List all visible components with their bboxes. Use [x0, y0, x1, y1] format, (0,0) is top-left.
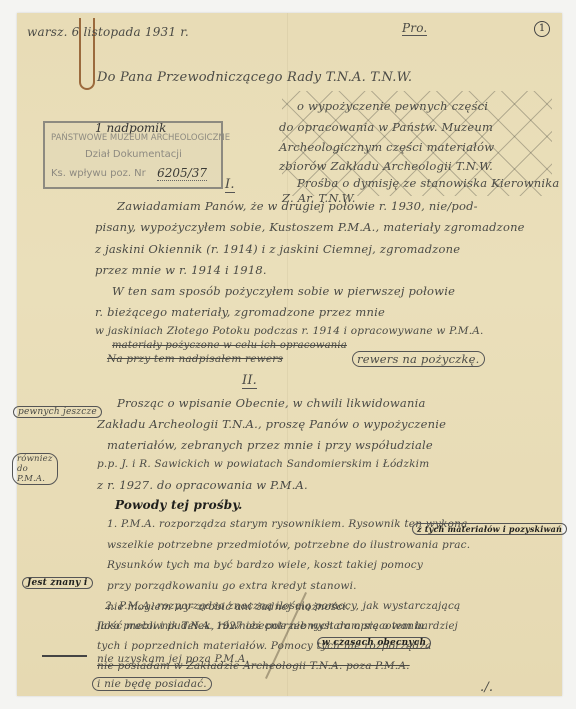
- top-mark: Pro.: [402, 21, 427, 36]
- subject-line: o wypożyczenie pewnych części: [297, 99, 488, 113]
- date-line: warsz. 6 listopada 1931 r.: [27, 25, 189, 39]
- body-line: z r. 1927. do opracowania w P.M.A.: [97, 478, 308, 492]
- body-line: 2. P.M.A. rozporządza znaczną ilością po…: [105, 600, 461, 612]
- body-line: Zawiadamiam Panów, że w drugiej połowie …: [117, 199, 478, 213]
- body-line: przy porządkowaniu go extra kredyt stano…: [107, 580, 357, 592]
- stamp-institution: PAŃSTWOWE MUZEUM ARCHEOLOGICZNE: [51, 133, 230, 143]
- body-line: w jaskiniach Złotego Potoku podczas r. 1…: [95, 325, 484, 337]
- reasons-heading: Powody tej prośby.: [115, 498, 243, 512]
- addressee: Do Pana Przewodniczącego Rady T.N.A. T.N…: [97, 70, 412, 85]
- subject-line: zbiorów Zakładu Archeologii T.N.W.: [279, 159, 493, 173]
- body-line: przez mnie w r. 1914 i 1918.: [95, 263, 267, 277]
- margin-dash: [42, 655, 87, 657]
- margin-note: pewnych jeszcze: [13, 406, 102, 418]
- body-line: ilość mebli i pudełek, również potrzebny…: [97, 620, 424, 632]
- body-line: p.p. J. i R. Sawickich w powiatach Sando…: [97, 458, 429, 470]
- subject-line: Archeologicznym części materiałów: [279, 140, 494, 154]
- stamp-entry-number: 6205/37: [157, 166, 207, 181]
- document-page: warsz. 6 listopada 1931 r. Pro. 1 Do Pan…: [17, 13, 562, 696]
- margin-note: Jest znany i: [22, 577, 93, 589]
- body-line-struck: nie posiadam w Zakładzie Archeologii T.N…: [97, 660, 410, 672]
- stamp-entry-label: Ks. wpływu poz. Nr: [51, 168, 146, 179]
- body-line: W ten sam sposób pożyczyłem sobie w pier…: [112, 284, 455, 298]
- section-1-heading: I.: [225, 177, 235, 193]
- body-line: r. bieżącego materiały, zgromadzone prze…: [95, 305, 385, 319]
- circled-insert: rewers na pożyczkę.: [352, 351, 485, 367]
- body-line: Zakładu Archeologii T.N.A., proszę Panów…: [97, 417, 446, 431]
- body-line: Rysunków tych ma być bardzo wiele, koszt…: [107, 559, 423, 571]
- body-line: materiałów, zebranych przez mnie i przy …: [107, 438, 433, 452]
- body-line-struck: materiały pożyczone w celu ich opracowan…: [112, 340, 347, 351]
- stamp-department: Dział Dokumentacji: [85, 149, 182, 160]
- archive-stamp: 1 nadpomik PAŃSTWOWE MUZEUM ARCHEOLOGICZ…: [43, 121, 223, 189]
- end-mark: ./.: [480, 680, 493, 695]
- subject-line: do opracowania w Państw. Muzeum: [279, 120, 493, 134]
- body-line: wszelkie potrzebne przedmiotów, potrzebn…: [107, 539, 470, 551]
- page-number: 1: [534, 21, 550, 37]
- body-line-struck: Na przy tem nadpisałem rewers: [107, 353, 283, 365]
- body-line: z jaskini Okiennik (r. 1914) i z jaskini…: [95, 242, 460, 256]
- margin-note: równiez do P.M.A.: [12, 453, 58, 485]
- insert-note: z tych materiałów i pozyskiwań: [412, 523, 567, 535]
- body-line: pisany, wypożyczyłem sobie, Kustoszem P.…: [95, 220, 525, 234]
- circled-insert: i nie będę posiadać.: [92, 677, 212, 691]
- subject-line: Prośba o dymisję ze stanowiska Kierownik…: [297, 176, 559, 190]
- body-line: tych i poprzednich materiałów. Pomocy ty…: [97, 640, 432, 652]
- section-2-heading: II.: [242, 373, 257, 389]
- body-line: Prosząc o wpisanie Obecnie, w chwili lik…: [117, 396, 426, 410]
